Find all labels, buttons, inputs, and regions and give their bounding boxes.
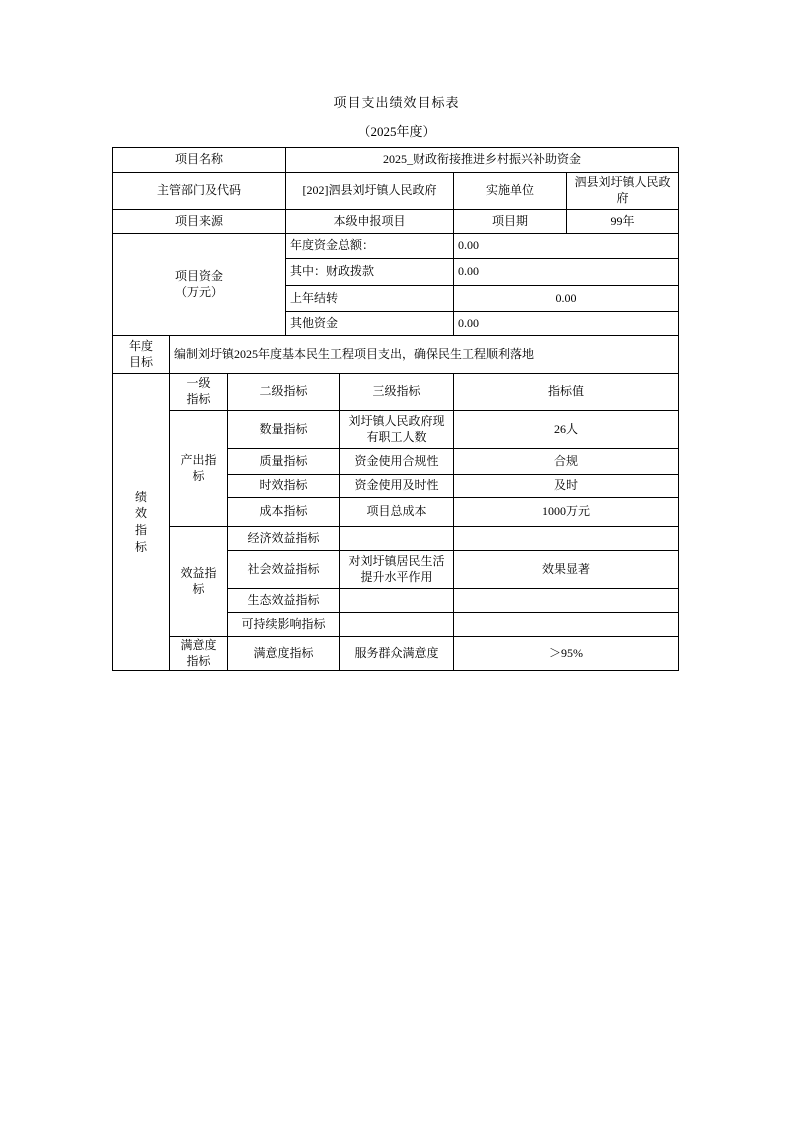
satisfaction-group-label-cell: 满意度 指标 [170, 637, 228, 671]
indicator-value-cell [454, 527, 679, 551]
benefit-group-label-cell: 效益指 标 [170, 527, 228, 637]
project-name-value-cell: 2025_财政衔接推进乡村振兴补助资金 [286, 148, 679, 173]
period-value-cell: 99年 [567, 210, 679, 234]
annual-goal-value-cell: 编制刘圩镇2025年度基本民生工程项目支出，确保民生工程顺利落地 [170, 336, 679, 374]
period-label-cell: 项目期 [454, 210, 567, 234]
level2-indicator-cell: 质量指标 [228, 449, 340, 475]
level3-indicator-cell: 服务群众满意度 [340, 637, 454, 671]
document-page: 项目支出绩效目标表 （2025年度） 项目名称 2025_财政衔接推进乡村振兴补… [0, 0, 793, 1122]
fund-item-value-cell: 0.00 [454, 286, 679, 312]
level2-indicator-cell: 经济效益指标 [228, 527, 340, 551]
level3-indicator-cell: 对刘圩镇居民生活 提升水平作用 [340, 551, 454, 589]
row-indicator-quantity: 产出指 标 数量指标 刘圩镇人民政府现 有职工人数 26人 [113, 411, 679, 449]
level2-indicator-cell: 数量指标 [228, 411, 340, 449]
department-value-cell: [202]泗县刘圩镇人民政府 [286, 173, 454, 210]
annual-goal-label-cell: 年度 目标 [113, 336, 170, 374]
indicator-value-cell: 及时 [454, 475, 679, 498]
level3-indicator-cell [340, 527, 454, 551]
level3-indicator-cell [340, 589, 454, 613]
level3-indicator-cell: 刘圩镇人民政府现 有职工人数 [340, 411, 454, 449]
row-annual-goal: 年度 目标 编制刘圩镇2025年度基本民生工程项目支出，确保民生工程顺利落地 [113, 336, 679, 374]
output-group-label-cell: 产出指 标 [170, 411, 228, 527]
level2-header-cell: 二级指标 [228, 374, 340, 411]
indicator-value-cell: ＞95% [454, 637, 679, 671]
performance-label-cell: 绩 效 指 标 [113, 374, 170, 671]
level3-header-cell: 三级指标 [340, 374, 454, 411]
level2-indicator-cell: 时效指标 [228, 475, 340, 498]
row-project-name: 项目名称 2025_财政衔接推进乡村振兴补助资金 [113, 148, 679, 173]
indicator-value-cell: 效果显著 [454, 551, 679, 589]
level2-indicator-cell: 成本指标 [228, 498, 340, 527]
level3-indicator-cell: 资金使用合规性 [340, 449, 454, 475]
level1-header-cell: 一级 指标 [170, 374, 228, 411]
level2-indicator-cell: 可持续影响指标 [228, 613, 340, 637]
fund-item-value-cell: 0.00 [454, 234, 679, 259]
row-indicator-satisfaction: 满意度 指标 满意度指标 服务群众满意度 ＞95% [113, 637, 679, 671]
department-label-cell: 主管部门及代码 [113, 173, 286, 210]
page-subtitle: （2025年度） [0, 121, 793, 140]
indicator-value-cell [454, 589, 679, 613]
project-name-label-cell: 项目名称 [113, 148, 286, 173]
indicator-value-cell: 26人 [454, 411, 679, 449]
row-project-source: 项目来源 本级申报项目 项目期 99年 [113, 210, 679, 234]
funds-label-cell: 项目资金 （万元） [113, 234, 286, 336]
row-indicator-header: 绩 效 指 标 一级 指标 二级指标 三级指标 指标值 [113, 374, 679, 411]
fund-item-label-cell: 上年结转 [286, 286, 454, 312]
fund-item-label-cell: 年度资金总额： [286, 234, 454, 259]
source-value-cell: 本级申报项目 [286, 210, 454, 234]
indicator-value-cell [454, 613, 679, 637]
level3-indicator-cell [340, 613, 454, 637]
indicator-value-cell: 合规 [454, 449, 679, 475]
fund-item-value-cell: 0.00 [454, 312, 679, 336]
row-fund-total: 项目资金 （万元） 年度资金总额： 0.00 [113, 234, 679, 259]
level2-indicator-cell: 满意度指标 [228, 637, 340, 671]
impl-unit-value-cell: 泗县刘圩镇人民政 府 [567, 173, 679, 210]
page-title: 项目支出绩效目标表 [0, 0, 793, 111]
level2-indicator-cell: 社会效益指标 [228, 551, 340, 589]
level2-indicator-cell: 生态效益指标 [228, 589, 340, 613]
row-department: 主管部门及代码 [202]泗县刘圩镇人民政府 实施单位 泗县刘圩镇人民政 府 [113, 173, 679, 210]
level3-indicator-cell: 项目总成本 [340, 498, 454, 527]
indicator-value-cell: 1000万元 [454, 498, 679, 527]
impl-unit-label-cell: 实施单位 [454, 173, 567, 210]
indicator-value-header-cell: 指标值 [454, 374, 679, 411]
fund-item-value-cell: 0.00 [454, 259, 679, 286]
row-indicator-economic: 效益指 标 经济效益指标 [113, 527, 679, 551]
performance-target-table: 项目名称 2025_财政衔接推进乡村振兴补助资金 主管部门及代码 [202]泗县… [112, 147, 679, 671]
level3-indicator-cell: 资金使用及时性 [340, 475, 454, 498]
source-label-cell: 项目来源 [113, 210, 286, 234]
fund-item-label-cell: 其中：财政拨款 [286, 259, 454, 286]
fund-item-label-cell: 其他资金 [286, 312, 454, 336]
